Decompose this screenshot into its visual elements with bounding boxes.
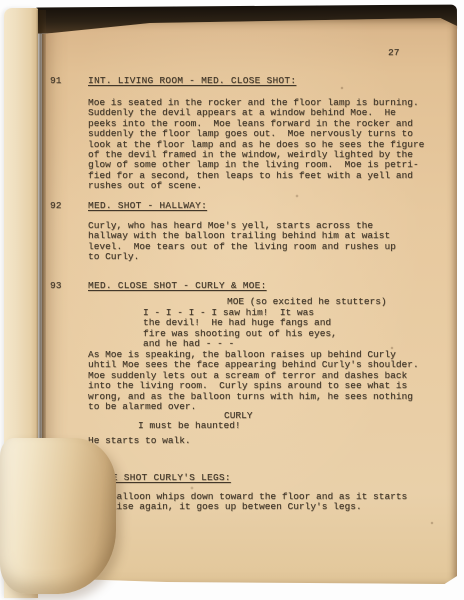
- scene-heading-93: MED. CLOSE SHOT - CURLY & MOE:: [88, 281, 267, 291]
- scene-heading-91: INT. LIVING ROOM - MED. CLOSE SHOT:: [88, 76, 296, 86]
- scene-action-93: As Moe is speaking, the balloon raises u…: [88, 350, 419, 412]
- scene-action-93-after: He starts to walk.: [88, 436, 191, 446]
- dialogue-curly: I must be haunted!: [138, 421, 241, 431]
- scene-number-93: 93: [50, 281, 61, 291]
- dialogue-moe: I - I - I - I saw him! It was the devil!…: [143, 308, 337, 350]
- scene-action-94: The balloon whips down toward the floor …: [88, 492, 407, 513]
- scene-action-91: Moe is seated in the rocker and the floo…: [88, 98, 424, 192]
- page-number: 27: [388, 48, 399, 58]
- scene-heading-92: MED. SHOT - HALLWAY:: [88, 201, 207, 211]
- scene-action-92: Curly, who has heard Moe's yell, starts …: [88, 221, 396, 263]
- script-photo: 27 91 INT. LIVING ROOM - MED. CLOSE SHOT…: [0, 0, 464, 600]
- scene-number-91: 91: [50, 76, 61, 86]
- page-curl: [0, 438, 116, 594]
- dialogue-cue-moe: MOE (so excited he stutters): [227, 297, 387, 307]
- scene-number-92: 92: [50, 201, 61, 211]
